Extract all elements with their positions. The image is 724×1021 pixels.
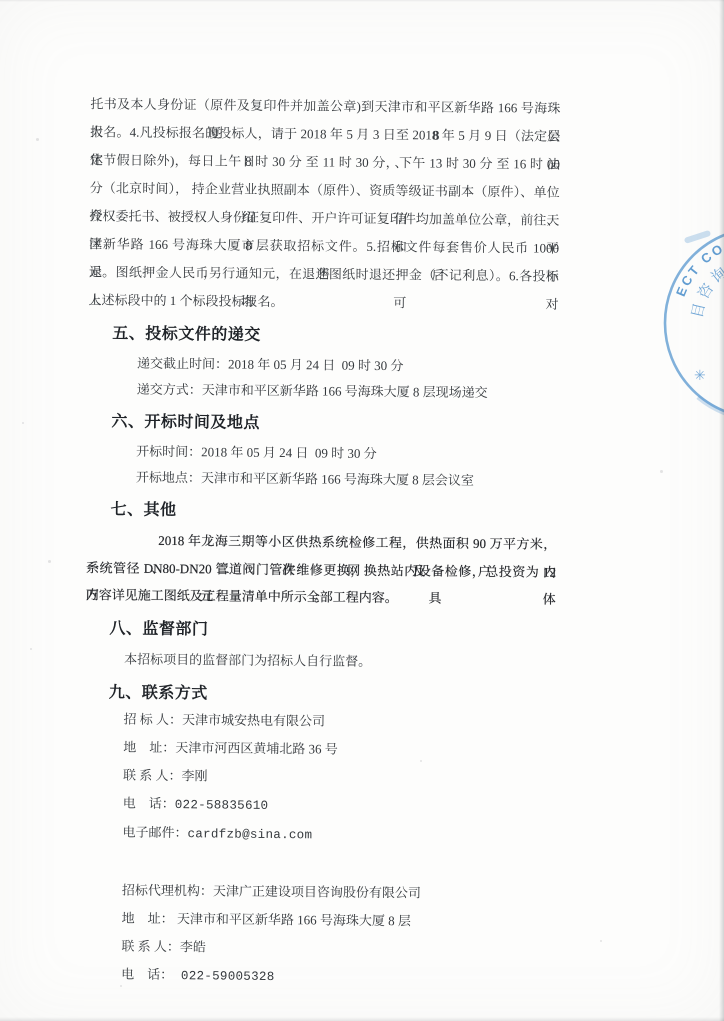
intro-line: 定节假日除外)，每日上午 8 时 30 分 至 11 时 30 分，下午 13 … — [90, 146, 560, 179]
document-content: 托书及本人身份证（原件及复印件并加盖公章)到天津市和平区新华路 166 号海珠大… — [82, 90, 561, 997]
agency-person-row: 联 系 人：李皓 — [121, 936, 552, 960]
scan-speck — [660, 470, 663, 473]
section-5-body: 递交截止时间：2018 年 05 月 24 日 09 时 30 分 递交方式：天… — [137, 351, 558, 407]
tenderer-phone-label: 电 话： — [123, 795, 175, 810]
intro-line: 托书及本人身份证（原件及复印件并加盖公章)到天津市和平区新华路 166 号海珠大… — [90, 90, 560, 123]
tenderer-address-value: 天津市河西区黄埔北路 36 号 — [175, 740, 338, 757]
intro-line: 退。图纸押金人民币另行通知元，在退还图纸时退还押金（不记利息）。6.各投标人均可… — [89, 258, 559, 291]
submission-deadline: 递交截止时间：2018 年 05 月 24 日 09 时 30 分 — [137, 351, 558, 381]
agency-name-label: 招标代理机构： — [122, 882, 213, 898]
scan-speck — [30, 648, 32, 650]
section-6-body: 开标时间：2018 年 05 月 24 日 09 时 30 分 开标地点：天津市… — [136, 439, 557, 495]
agency-address-label: 地 址： — [122, 910, 174, 925]
intro-paragraph: 托书及本人身份证（原件及复印件并加盖公章)到天津市和平区新华路 166 号海珠大… — [88, 90, 560, 319]
agency-name-row: 招标代理机构：天津广正建设项目咨询股份有限公司 — [122, 880, 553, 904]
agency-name-value: 天津广正建设项目咨询股份有限公司 — [213, 883, 421, 900]
tenderer-email-row: 电子邮件：cardfzb@sina.com — [122, 822, 553, 847]
agency-phone-row: 电 话： 022-59005328 — [121, 964, 552, 989]
intro-line: 授权委托书、被授权人身份证复印件、开户许可证复印件均加盖单位公章，前往天津市和平 — [89, 202, 559, 235]
section-9-heading: 九、联系方式 — [109, 682, 555, 707]
tenderer-phone-row: 电 话：022-58835610 — [123, 793, 554, 818]
tenderer-person-value: 李刚 — [181, 768, 207, 783]
supervision-statement: 本招标项目的监督部门为招标人自行监督。 — [124, 645, 555, 677]
scan-speck — [600, 940, 602, 942]
tenderer-name-value: 天津市城安热电有限公司 — [182, 712, 325, 728]
section-6-heading: 六、开标时间及地点 — [111, 411, 557, 436]
scan-speck — [420, 760, 422, 762]
bid-opening-time: 开标时间：2018 年 05 月 24 日 09 时 30 分 — [136, 439, 557, 469]
seal-star-symbol: ✳ — [694, 369, 706, 384]
tenderer-address-row: 地 址：天津市河西区黄埔北路 36 号 — [123, 737, 554, 761]
tenderer-person-label: 联 系 人： — [123, 767, 182, 783]
page-bottom-edge-shadow — [0, 1017, 724, 1021]
scan-speck — [48, 560, 51, 563]
agency-phone-label: 电 话： — [121, 966, 173, 981]
company-seal-stamp: ECT CO 目咨询股份 ✳ — [632, 212, 724, 432]
tenderer-person-row: 联 系 人：李刚 — [123, 765, 554, 789]
intro-line: 分（北京时间）， 持企业营业执照副本（原件）、资质等级证书副本（原件）、单位介绍… — [90, 174, 560, 207]
agency-person-label: 联 系 人： — [121, 938, 180, 954]
tenderer-name-label: 招 标 人： — [124, 711, 183, 727]
seal-latin-arc-text: ECT CO — [673, 240, 724, 298]
bid-opening-place: 开标地点：天津市和平区新华路 166 号海珠大厦 8 层会议室 — [136, 465, 557, 495]
section-5-heading: 五、投标文件的递交 — [112, 323, 558, 348]
agency-phone-value: 022-59005328 — [173, 969, 275, 984]
page-right-edge-shadow — [719, 0, 724, 1021]
tenderer-name-row: 招 标 人：天津市城安热电有限公司 — [123, 709, 554, 733]
tenderer-email-value: cardfzb@sina.com — [187, 827, 312, 842]
scanned-document-page: 托书及本人身份证（原件及复印件并加盖公章)到天津市和平区新华路 166 号海珠大… — [0, 0, 724, 1021]
agency-address-value: 天津市和平区新华路 166 号海珠大厦 8 层 — [174, 911, 411, 928]
section-8-heading: 八、监督部门 — [109, 618, 555, 643]
block-gap — [122, 851, 553, 884]
scan-speck — [22, 422, 24, 424]
section-7-body: 2018 年龙海三期等小区供热系统检修工程，供热面积 90 万平方米，一、二次网… — [86, 526, 557, 613]
intro-line: 区新华路 166 号海珠大厦 8 层获取招标文件。5.招标文件每套售价人民币 1… — [89, 230, 559, 263]
submission-method: 递交方式：天津市和平区新华路 166 号海珠大厦 8 层现场递交 — [137, 377, 558, 407]
page-top-edge-shadow — [0, 0, 724, 2]
seal-top-smudge — [684, 230, 712, 244]
scan-speck — [120, 985, 122, 987]
seal-outer-ring — [665, 228, 724, 418]
agency-address-row: 地 址： 天津市和平区新华路 166 号海珠大厦 8 层 — [122, 908, 553, 932]
scan-speck — [36, 138, 39, 141]
section-7-heading: 七、其他 — [110, 499, 556, 524]
agency-person-value: 李皓 — [180, 939, 206, 954]
intro-line: 报名。4.凡投标报名的投标人，请于 2018 年 5 月 3 日至 2018 年… — [90, 118, 560, 151]
tenderer-email-label: 电子邮件： — [122, 824, 187, 840]
tenderer-contact-block: 招 标 人：天津市城安热电有限公司 地 址：天津市河西区黄埔北路 36 号 联 … — [121, 709, 555, 989]
tenderer-address-label: 地 址： — [123, 739, 175, 754]
tenderer-phone-value: 022-58835610 — [175, 798, 269, 813]
